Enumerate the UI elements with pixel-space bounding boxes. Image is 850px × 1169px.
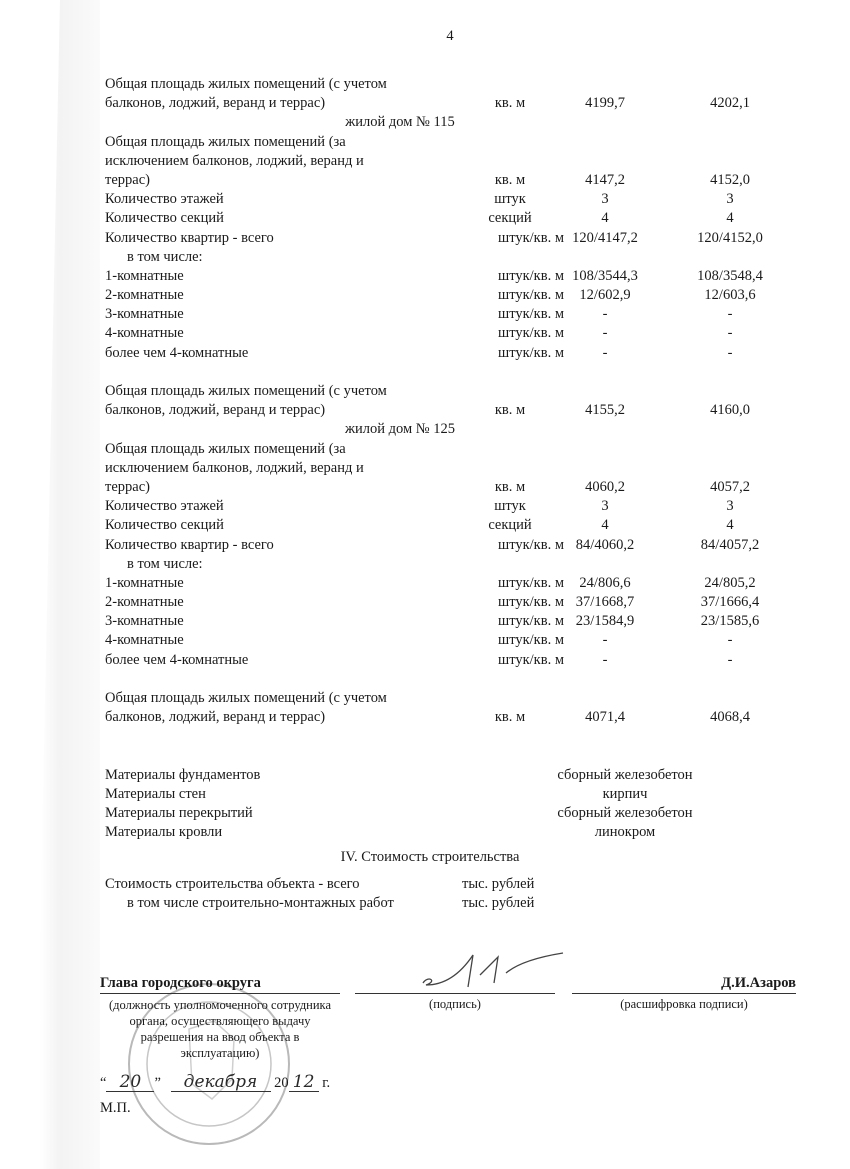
table-row: Количество этажейштук33	[105, 497, 825, 516]
row-label: в том числе:	[127, 555, 203, 574]
row-value-project: -	[560, 344, 650, 363]
row-unit: кв. м	[465, 478, 555, 497]
table-row: Общая площадь жилых помещений (с учетом	[105, 75, 825, 94]
row-value-actual: 4160,0	[685, 401, 775, 420]
row-value-project: 4155,2	[560, 401, 650, 420]
table-row: Общая площадь жилых помещений (за	[105, 133, 825, 152]
building-specs-table: Общая площадь жилых помещений (с учетомб…	[105, 75, 825, 727]
row-value-project: 24/806,6	[560, 574, 650, 593]
table-row: 1-комнатныештук/кв. м24/806,624/805,2	[105, 574, 825, 593]
row-label: 4-комнатные	[105, 631, 184, 650]
row-value-actual: 4152,0	[685, 171, 775, 190]
row-value-project: 4	[560, 209, 650, 228]
table-row: Количество секцийсекций44	[105, 516, 825, 535]
table-row: Общая площадь жилых помещений (с учетом	[105, 689, 825, 708]
row-value-actual: -	[685, 651, 775, 670]
row-value-actual: 37/1666,4	[685, 593, 775, 612]
table-row: 3-комнатныештук/кв. м--	[105, 305, 825, 324]
signatory-name: Д.И.Азаров	[572, 975, 796, 994]
row-value-actual: 4057,2	[685, 478, 775, 497]
row-value-project: 4147,2	[560, 171, 650, 190]
row-value-actual: -	[685, 344, 775, 363]
row-unit: штук/кв. м	[460, 612, 564, 631]
row-value-project: 4199,7	[560, 94, 650, 113]
row-value-project: 3	[560, 190, 650, 209]
row-value-actual: -	[685, 305, 775, 324]
row-label: Общая площадь жилых помещений (с учетом	[105, 75, 387, 94]
spacer	[105, 670, 825, 689]
row-unit: штук/кв. м	[460, 344, 564, 363]
row-value-actual: -	[685, 324, 775, 343]
row-label: балконов, лоджий, веранд и террас)	[105, 708, 325, 727]
page-number: 4	[440, 28, 460, 45]
row-value-actual: 3	[685, 497, 775, 516]
row-label: 2-комнатные	[105, 593, 184, 612]
row-label: Количество квартир - всего	[105, 229, 274, 248]
scan-edge-shadow	[0, 0, 100, 1169]
row-label: исключением балконов, лоджий, веранд и	[105, 459, 364, 478]
row-value-project: -	[560, 631, 650, 650]
cost-label: в том числе строительно-монтажных работ	[127, 894, 394, 913]
role-caption: (должность уполномоченного сотрудника ор…	[100, 997, 340, 1061]
row-label: Количество секций	[105, 516, 224, 535]
row-unit: штук/кв. м	[460, 536, 564, 555]
materials-list: Материалы фундаментовсборный железобетон…	[105, 766, 825, 843]
cost-row: Стоимость строительства объекта - всегот…	[105, 875, 825, 894]
spacer	[105, 747, 825, 766]
row-unit: штук/кв. м	[460, 574, 564, 593]
row-value-actual: 12/603,6	[685, 286, 775, 305]
row-label: Общая площадь жилых помещений (с учетом	[105, 382, 387, 401]
row-label: 3-комнатные	[105, 305, 184, 324]
table-row: более чем 4-комнатныештук/кв. м--	[105, 651, 825, 670]
row-value-actual: 24/805,2	[685, 574, 775, 593]
row-value-project: 84/4060,2	[560, 536, 650, 555]
row-label: балконов, лоджий, веранд и террас)	[105, 401, 325, 420]
row-unit: секций	[465, 209, 555, 228]
table-row: балконов, лоджий, веранд и террас)кв. м4…	[105, 401, 825, 420]
signature-caption: (подпись)	[355, 997, 555, 1012]
row-value-actual: 4	[685, 209, 775, 228]
material-label: Материалы фундаментов	[105, 766, 260, 785]
cost-section-heading: IV. Стоимость строительства	[105, 848, 755, 867]
row-value-project: 108/3544,3	[560, 267, 650, 286]
row-label: более чем 4-комнатные	[105, 651, 248, 670]
row-value-project: 4071,4	[560, 708, 650, 727]
row-value-actual: 84/4057,2	[685, 536, 775, 555]
row-label: Количество секций	[105, 209, 224, 228]
row-value-actual: 4068,4	[685, 708, 775, 727]
row-label: более чем 4-комнатные	[105, 344, 248, 363]
material-label: Материалы стен	[105, 785, 206, 804]
material-value: сборный железобетон	[525, 804, 725, 823]
row-value-actual: 4202,1	[685, 94, 775, 113]
spacer	[105, 727, 825, 746]
row-value-project: 4060,2	[560, 478, 650, 497]
row-unit: штук/кв. м	[460, 651, 564, 670]
row-value-project: 37/1668,7	[560, 593, 650, 612]
material-label: Материалы перекрытий	[105, 804, 253, 823]
row-label: Общая площадь жилых помещений (за	[105, 440, 346, 459]
material-value: кирпич	[525, 785, 725, 804]
row-unit: кв. м	[465, 401, 555, 420]
spacer	[105, 363, 825, 382]
material-value: сборный железобетон	[525, 766, 725, 785]
row-label: в том числе:	[127, 248, 203, 267]
row-unit: штук/кв. м	[460, 286, 564, 305]
date-month: декабря	[171, 1073, 271, 1092]
row-value-actual: 4	[685, 516, 775, 535]
material-row: Материалы кровлилинокром	[105, 823, 825, 842]
table-row: балконов, лоджий, веранд и террас)кв. м4…	[105, 94, 825, 113]
row-label: 2-комнатные	[105, 286, 184, 305]
date-day: 20	[106, 1073, 154, 1092]
signing-date: “20” декабря 2012 г.	[100, 1073, 330, 1092]
row-label: Количество квартир - всего	[105, 536, 274, 555]
row-value-project: 120/4147,2	[560, 229, 650, 248]
cost-list: Стоимость строительства объекта - всегот…	[105, 875, 825, 913]
material-row: Материалы перекрытийсборный железобетон	[105, 804, 825, 823]
row-label: Общая площадь жилых помещений (с учетом	[105, 689, 387, 708]
row-unit: штук/кв. м	[460, 267, 564, 286]
cost-label: Стоимость строительства объекта - всего	[105, 875, 359, 894]
row-unit: кв. м	[465, 171, 555, 190]
date-quote-close: ”	[154, 1075, 160, 1091]
row-label: террас)	[105, 478, 150, 497]
table-row: Количество секцийсекций44	[105, 209, 825, 228]
row-unit: секций	[465, 516, 555, 535]
date-year-suffix: 12	[289, 1073, 319, 1092]
row-value-actual: 108/3548,4	[685, 267, 775, 286]
signatory-role: Глава городского округа	[100, 975, 340, 994]
row-label: 1-комнатные	[105, 574, 184, 593]
handwritten-signature-icon	[418, 945, 568, 995]
building-title-row: жилой дом № 115	[105, 113, 825, 132]
table-row: террас)кв. м4060,24057,2	[105, 478, 825, 497]
stamp-place-label: М.П.	[100, 1100, 131, 1117]
table-row: в том числе:	[105, 555, 825, 574]
table-row: исключением балконов, лоджий, веранд и	[105, 459, 825, 478]
row-unit: штук/кв. м	[460, 305, 564, 324]
row-label: Количество этажей	[105, 190, 224, 209]
row-value-project: 3	[560, 497, 650, 516]
row-unit: штук/кв. м	[460, 229, 564, 248]
row-unit: штук/кв. м	[460, 593, 564, 612]
material-value: линокром	[525, 823, 725, 842]
row-value-project: 12/602,9	[560, 286, 650, 305]
row-value-actual: 3	[685, 190, 775, 209]
row-value-project: -	[560, 324, 650, 343]
table-row: 2-комнатныештук/кв. м12/602,912/603,6	[105, 286, 825, 305]
table-row: Общая площадь жилых помещений (с учетом	[105, 382, 825, 401]
table-row: Количество квартир - всегоштук/кв. м84/4…	[105, 536, 825, 555]
row-label: 1-комнатные	[105, 267, 184, 286]
table-row: 2-комнатныештук/кв. м37/1668,737/1666,4	[105, 593, 825, 612]
table-row: Общая площадь жилых помещений (за	[105, 440, 825, 459]
row-label: Общая площадь жилых помещений (за	[105, 133, 346, 152]
table-row: в том числе:	[105, 248, 825, 267]
row-value-actual: 23/1585,6	[685, 612, 775, 631]
building-title-row: жилой дом № 125	[105, 420, 825, 439]
table-row: исключением балконов, лоджий, веранд и	[105, 152, 825, 171]
table-row: 4-комнатныештук/кв. м--	[105, 324, 825, 343]
document-body: Общая площадь жилых помещений (с учетомб…	[105, 75, 825, 913]
row-unit: штук	[465, 190, 555, 209]
row-unit: кв. м	[465, 94, 555, 113]
row-label: Количество этажей	[105, 497, 224, 516]
building-title: жилой дом № 125	[305, 420, 495, 439]
row-value-project: -	[560, 305, 650, 324]
row-value-actual: -	[685, 631, 775, 650]
table-row: террас)кв. м4147,24152,0	[105, 171, 825, 190]
material-row: Материалы фундаментовсборный железобетон	[105, 766, 825, 785]
row-label: 4-комнатные	[105, 324, 184, 343]
table-row: 1-комнатныештук/кв. м108/3544,3108/3548,…	[105, 267, 825, 286]
row-label: балконов, лоджий, веранд и террас)	[105, 94, 325, 113]
cost-row: в том числе строительно-монтажных работт…	[105, 894, 825, 913]
table-row: 4-комнатныештук/кв. м--	[105, 631, 825, 650]
row-label: террас)	[105, 171, 150, 190]
row-label: 3-комнатные	[105, 612, 184, 631]
table-row: 3-комнатныештук/кв. м23/1584,923/1585,6	[105, 612, 825, 631]
table-row: балконов, лоджий, веранд и террас)кв. м4…	[105, 708, 825, 727]
table-row: Количество этажейштук33	[105, 190, 825, 209]
table-row: Количество квартир - всегоштук/кв. м120/…	[105, 229, 825, 248]
material-label: Материалы кровли	[105, 823, 222, 842]
row-value-actual: 120/4152,0	[685, 229, 775, 248]
row-value-project: 23/1584,9	[560, 612, 650, 631]
date-year-prefix: 20	[274, 1075, 289, 1091]
material-row: Материалы стенкирпич	[105, 785, 825, 804]
row-label: исключением балконов, лоджий, веранд и	[105, 152, 364, 171]
cost-unit: тыс. рублей	[462, 894, 534, 913]
row-value-project: -	[560, 651, 650, 670]
row-unit: штук	[465, 497, 555, 516]
row-value-project: 4	[560, 516, 650, 535]
table-row: более чем 4-комнатныештук/кв. м--	[105, 344, 825, 363]
cost-section-heading-row: IV. Стоимость строительства	[105, 848, 825, 867]
signature-line	[355, 993, 555, 994]
building-title: жилой дом № 115	[305, 113, 495, 132]
date-year-unit: г.	[322, 1075, 330, 1091]
cost-unit: тыс. рублей	[462, 875, 534, 894]
name-caption: (расшифровка подписи)	[572, 997, 796, 1012]
row-unit: кв. м	[465, 708, 555, 727]
row-unit: штук/кв. м	[460, 324, 564, 343]
row-unit: штук/кв. м	[460, 631, 564, 650]
